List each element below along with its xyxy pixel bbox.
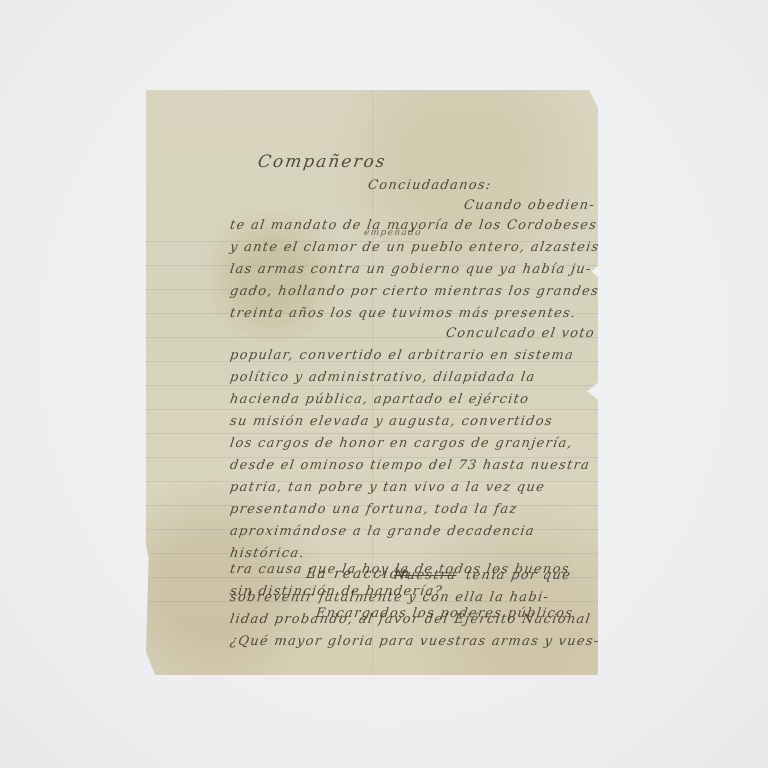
text-line-7: Conculcado el voto <box>445 326 596 341</box>
text-line-13: desde el ominoso tiempo del 73 hasta nue… <box>229 458 591 473</box>
text-line-4: las armas contra un gobierno que ya habí… <box>229 262 593 277</box>
text-line-9: político y administrativo, dilapidada la <box>229 370 536 385</box>
text-line-21: lidad probando, al favor del Ejército Na… <box>229 612 592 627</box>
text-line-6: treinta años los que tuvimos más present… <box>229 306 577 321</box>
text-line-10: hacienda pública, apartado el ejército <box>229 392 530 407</box>
text-line-14: patria, tan pobre y tan vivo a la vez qu… <box>229 480 546 495</box>
text-line-5: gado, hollando por cierto mientras los g… <box>229 284 624 299</box>
text-line-17: histórica. <box>229 546 306 561</box>
text-line-1: Cuando obedien- <box>463 198 596 213</box>
text-line-3: y ante el clamor de un pueblo entero, al… <box>229 240 601 255</box>
text-line-22: ¿Qué mayor gloria para vuestras armas y … <box>229 634 601 649</box>
aged-paper-sheet: Compañeros Conciudadanos: Cuando obedien… <box>146 90 598 675</box>
insertion-note: empeñado <box>363 228 422 238</box>
text-line-8: popular, convertido el arbitrario en sis… <box>229 348 575 363</box>
struck-word: Nuestra <box>393 568 458 583</box>
text-line-20: sobrevenir fatalmente y con ella la habi… <box>229 590 550 605</box>
salutation-conciudadanos: Conciudadanos: <box>367 178 493 193</box>
text-line-16: aproximándose a la grande decadencia <box>229 524 536 539</box>
text-line-11: su misión elevada y augusta, convertidos <box>229 414 554 429</box>
text-line-12: los cargos de honor en cargos de granjer… <box>229 436 574 451</box>
text-line-19: tenía por que <box>465 568 572 583</box>
text-line-15: presentando una fortuna, toda la faz <box>229 502 519 517</box>
salutation-compañeros: Compañeros <box>257 152 388 172</box>
